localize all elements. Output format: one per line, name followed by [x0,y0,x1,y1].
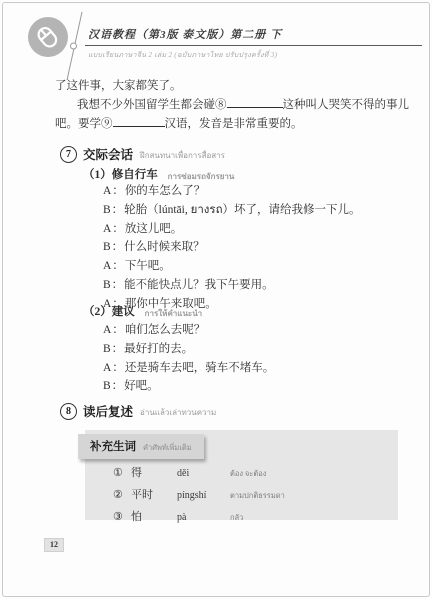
vocab-row: ③ 怕 pà กลัว [113,508,390,530]
speaker-label: B： [103,279,124,291]
intro-text: 了这件事，大家都笑了。 我想不少外国留学生都会碰⑧这种叫人哭笑不得的事儿吧。要学… [55,77,419,134]
section-number-badge: 8 [60,403,77,420]
vocab-number: ① [113,466,131,479]
vocab-hanzi: 得 [131,464,177,480]
dialog-line: A：你的车怎么了？ [103,182,361,201]
speaker-label: B： [103,204,124,216]
supplementary-vocab-box: 补充生词 คำศัพท์เพิ่มเติม ① 得 děi ต้อง จะต้อ… [85,430,398,520]
section-title: 交际会话 [83,145,133,163]
vocab-pinyin: píngshí [177,490,230,501]
dialog-text: 下午吧。 [125,260,171,272]
vocab-hanzi: 平时 [131,486,177,502]
dialog-text: 好吧。 [124,380,159,392]
vocab-box-title: 补充生词 [90,438,136,454]
subsection-1-label: （1）修自行车 การซ่อมรถจักรยาน [83,166,234,182]
intro-segment: 我想不少外国留学生都会碰⑧ [77,99,227,111]
header-rule [85,45,422,46]
dialog-line: B：最好打的去。 [103,340,274,359]
dialog-text: 能不能快点儿？我下午要用。 [124,279,274,291]
subsection-label-thai: การให้คำแนะนำ [145,309,203,318]
section-title-thai: ฝึกสนทนาเพื่อการสื่อสาร [140,149,225,162]
vocab-hanzi: 怕 [131,508,177,524]
intro-paragraph: 我想不少外国留学生都会碰⑧这种叫人哭笑不得的事儿吧。要学⑨汉语，发音是非常重要的… [55,96,419,134]
dialog-line: B：什么时候来取？ [103,238,361,257]
dialog-suggestion: A：咱们怎么去呢？ B：最好打的去。 A：还是骑车去吧，骑车不堵车。 B：好吧。 [103,321,274,396]
section-7-header: 7 交际会话 ฝึกสนทนาเพื่อการสื่อสาร [60,145,225,163]
section-title-thai: อ่านแล้วเล่าทวนความ [140,406,216,419]
dialog-text: 最好打的去。 [124,343,193,355]
speaker-label: A： [103,223,125,235]
dialog-text: 咱们怎么去呢？ [125,324,206,336]
subsection-label-thai: การซ่อมรถจักรยาน [168,172,235,181]
section-8-header: 8 读后复述 อ่านแล้วเล่าทวนความ [60,402,216,420]
dialog-text: 放这儿吧。 [125,223,183,235]
vocab-thai-gloss: ตามปกติธรรมดา [230,490,285,502]
dialog-line: A：下午吧。 [103,257,361,276]
intro-line: 了这件事，大家都笑了。 [55,77,419,96]
vocab-row: ② 平时 píngshí ตามปกติธรรมดา [113,486,390,508]
dialog-text: 你的车怎么了？ [125,185,206,197]
subsection-label-zh: （2）建议 [83,306,135,318]
textbook-page: 汉语教程（第3版 泰文版）第二册 下 แบบเรียนภาษาจีน 2 เล่… [0,0,432,599]
speaker-label: B： [103,380,124,392]
dialog-text: 还是骑车去吧，骑车不堵车。 [125,362,275,374]
dialog-line: A：放这儿吧。 [103,220,361,239]
subsection-label-zh: （1）修自行车 [83,169,158,181]
vocab-list: ① 得 děi ต้อง จะต้อง ② 平时 píngshí ตามปกติ… [113,464,390,530]
speaker-label: A： [103,260,125,272]
header-slash-divider [60,8,90,86]
vocab-pinyin: děi [177,468,230,479]
speaker-label: B： [103,241,124,253]
vocab-number: ③ [113,510,131,523]
page-number: 12 [44,538,64,552]
dialog-line: B：能不能快点儿？我下午要用。 [103,276,361,295]
dialog-repair-bike: A：你的车怎么了？ B：轮胎（lúntāi, ยางรถ）坏了，请给我修一下儿。… [103,182,361,314]
dialog-line: A：咱们怎么去呢？ [103,321,274,340]
subsection-2-label: （2）建议 การให้คำแนะนำ [83,303,202,319]
speaker-label: A： [103,324,125,336]
fill-in-blank-8 [227,97,283,108]
book-title: 汉语教程（第3版 泰文版）第二册 下 [88,26,282,42]
speaker-label: A： [103,362,125,374]
vocab-box-title-thai: คำศัพท์เพิ่มเติม [143,442,192,454]
speaker-label: A： [103,185,125,197]
vocab-thai-gloss: กลัว [230,512,243,524]
dialog-line: A：还是骑车去吧，骑车不堵车。 [103,359,274,378]
section-title: 读后复述 [83,402,133,420]
vocab-box-tab: 补充生词 คำศัพท์เพิ่มเติม [78,434,204,459]
vocab-pinyin: pà [177,512,230,523]
dialog-text: 什么时候来取？ [124,241,205,253]
vocab-thai-gloss: ต้อง จะต้อง [230,468,266,480]
vocab-row: ① 得 děi ต้อง จะต้อง [113,464,390,486]
vocab-number: ② [113,488,131,501]
fill-in-blank-9 [113,116,165,127]
book-subtitle-thai: แบบเรียนภาษาจีน 2 เล่ม 2 (ฉบับภาษาไทย ปร… [88,50,277,61]
speaker-label: B： [103,343,124,355]
dialog-line: B：好吧。 [103,377,274,396]
intro-segment: 汉语，发音是非常重要的。 [165,118,303,130]
section-number-badge: 7 [60,146,77,163]
dialog-text: 轮胎（lúntāi, ยางรถ）坏了，请给我修一下儿。 [124,204,360,216]
dialog-line: B：轮胎（lúntāi, ยางรถ）坏了，请给我修一下儿。 [103,201,361,220]
